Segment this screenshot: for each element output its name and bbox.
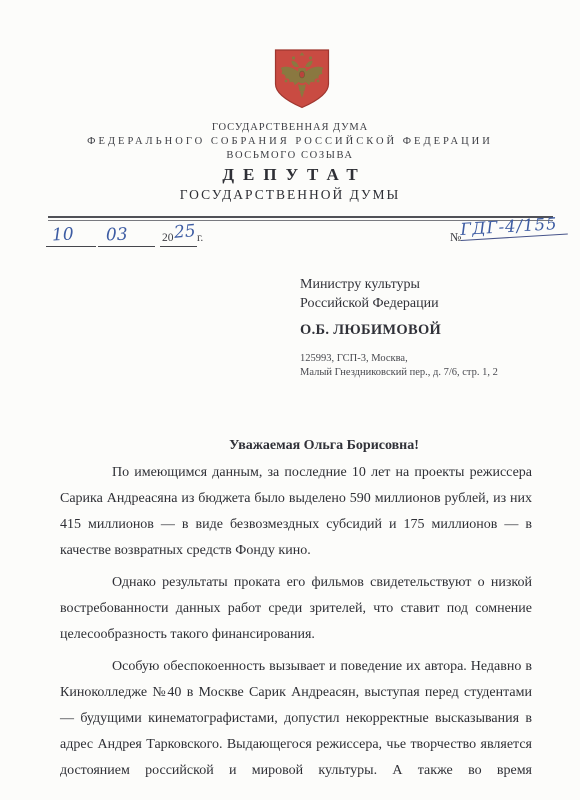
recipient-address: 125993, ГСП-3, Москва, Малый Гнездниковс… — [300, 352, 498, 379]
recipient-title-line2: Российской Федерации — [300, 295, 498, 314]
org-name-line3: ВОСЬМОГО СОЗЫВА — [0, 149, 580, 163]
russia-coat-of-arms-icon — [272, 48, 332, 111]
recipient-block: Министру культуры Российской Федерации О… — [300, 276, 498, 379]
date-month-blank-line — [98, 229, 155, 247]
salutation: Уважаемая Ольга Борисовна! — [60, 436, 532, 455]
body-paragraph-1: По имеющимся данным, за последние 10 лет… — [60, 460, 532, 564]
recipient-address-line2: Малый Гнездниковский пер., д. 7/6, стр. … — [300, 366, 498, 380]
date-day-blank-line — [46, 229, 96, 247]
recipient-name: О.Б. ЛЮБИМОВОЙ — [300, 322, 498, 339]
org-name-line2: ФЕДЕРАЛЬНОГО СОБРАНИЯ РОССИЙСКОЙ ФЕДЕРАЦ… — [0, 135, 580, 149]
sender-role-block: ДЕПУТАТ ГОСУДАРСТВЕННОЙ ДУМЫ — [0, 165, 580, 203]
recipient-title-line1: Министру культуры — [300, 276, 498, 295]
letter-body: Уважаемая Ольга Борисовна! По имеющимся … — [60, 436, 532, 790]
date-year-handwritten: 25 — [173, 221, 196, 243]
recipient-address-line1: 125993, ГСП-3, Москва, — [300, 352, 498, 366]
body-paragraph-3: Особую обеспокоенность вызывает и поведе… — [60, 654, 532, 784]
date-year-unit: г. — [197, 232, 203, 244]
sender-role-subtitle: ГОСУДАРСТВЕННОЙ ДУМЫ — [0, 186, 580, 203]
scanned-letter-page: ГОСУДАРСТВЕННАЯ ДУМА ФЕДЕРАЛЬНОГО СОБРАН… — [0, 0, 580, 800]
letterhead-org-block: ГОСУДАРСТВЕННАЯ ДУМА ФЕДЕРАЛЬНОГО СОБРАН… — [0, 121, 580, 163]
org-name-line1: ГОСУДАРСТВЕННАЯ ДУМА — [0, 121, 580, 135]
sender-role-title: ДЕПУТАТ — [0, 165, 580, 185]
body-paragraph-2: Однако результаты проката его фильмов св… — [60, 570, 532, 648]
